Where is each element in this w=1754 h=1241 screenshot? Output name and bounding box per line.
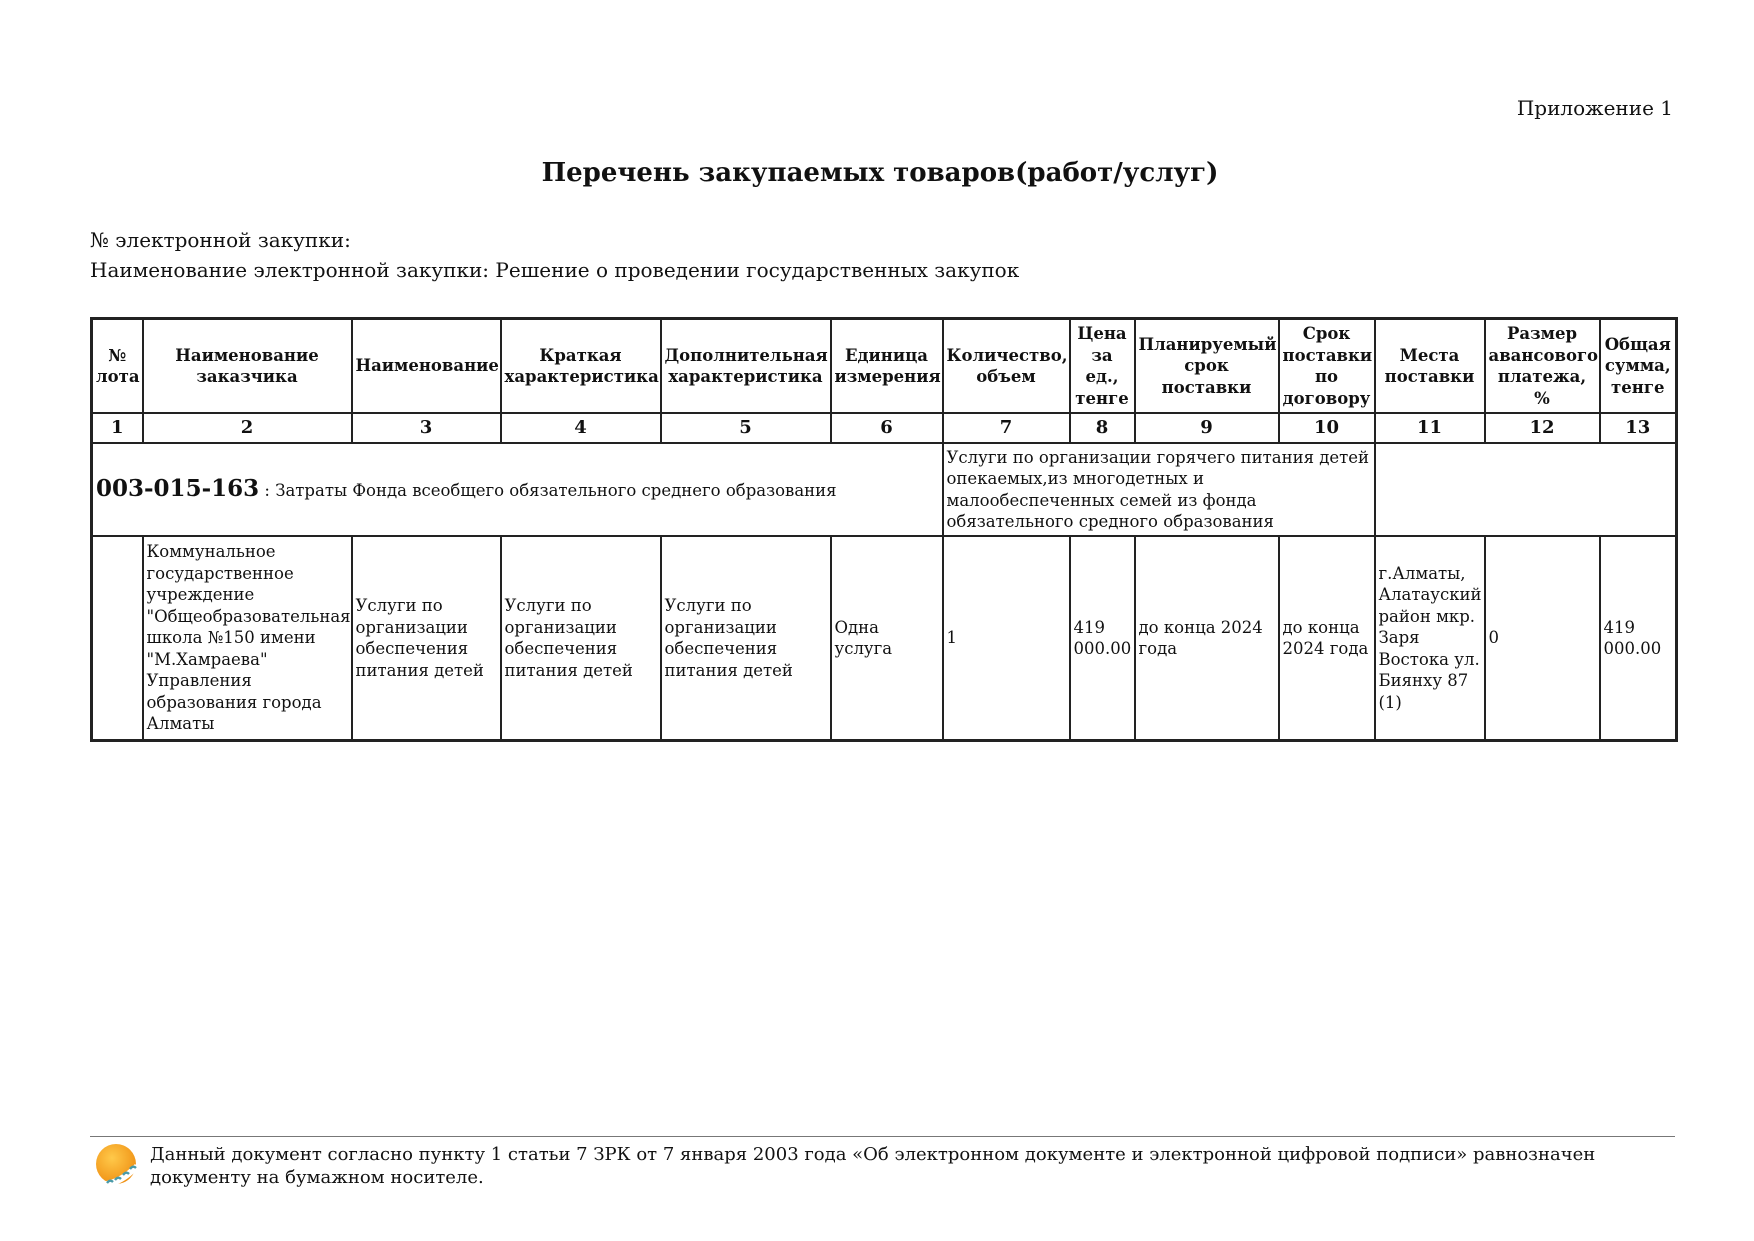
header-planned-delivery: Планируемый срок поставки — [1135, 319, 1279, 414]
cell-advance-payment: 0 — [1485, 536, 1600, 741]
procurement-name-value: Решение о проведении государственных зак… — [495, 258, 1019, 282]
cell-unit: Одна услуга — [831, 536, 943, 741]
cell-name: Услуги по организации обеспечения питани… — [352, 536, 501, 741]
column-number: 5 — [661, 413, 831, 443]
column-number: 11 — [1375, 413, 1485, 443]
budget-separator: : — [259, 481, 275, 500]
cell-additional-description: Услуги по организации обеспечения питани… — [661, 536, 831, 741]
cell-unit-price: 419 000.00 — [1070, 536, 1135, 741]
cell-delivery-place: г.Алматы, Алатауский район мкр. Заря Вос… — [1375, 536, 1485, 741]
footer-divider — [90, 1136, 1675, 1137]
budget-name: Затраты Фонда всеобщего обязательного ср… — [275, 481, 836, 500]
budget-code: 003-015-163 — [96, 475, 259, 502]
header-advance-payment: Размер авансового платежа, % — [1485, 319, 1600, 414]
procurement-number-label: № электронной закупки: — [90, 228, 351, 252]
column-number: 2 — [143, 413, 352, 443]
header-name: Наименование — [352, 319, 501, 414]
legal-notice: Данный документ согласно пункту 1 статьи… — [150, 1143, 1680, 1189]
appendix-label: Приложение 1 — [1517, 96, 1673, 120]
procurement-table: № лота Наименование заказчика Наименован… — [90, 317, 1678, 742]
header-row: № лота Наименование заказчика Наименован… — [92, 319, 1677, 414]
header-lot-number: № лота — [92, 319, 143, 414]
header-quantity: Количество, объем — [943, 319, 1070, 414]
column-number: 7 — [943, 413, 1070, 443]
budget-description: Услуги по организации горячего питания д… — [943, 443, 1375, 536]
column-number: 1 — [92, 413, 143, 443]
column-number: 12 — [1485, 413, 1600, 443]
procurement-number: № электронной закупки: — [90, 228, 351, 252]
cell-planned-delivery: до конца 2024 года — [1135, 536, 1279, 741]
procurement-name-label: Наименование электронной закупки: — [90, 258, 489, 282]
egov-logo-icon — [93, 1142, 139, 1188]
cell-total-amount: 419 000.00 — [1600, 536, 1677, 741]
header-unit: Единица измерения — [831, 319, 943, 414]
column-number: 8 — [1070, 413, 1135, 443]
budget-group-title: 003-015-163 : Затраты Фонда всеобщего об… — [92, 443, 943, 536]
table-row: Коммунальное государственное учреждение … — [92, 536, 1677, 741]
cell-lot-number — [92, 536, 143, 741]
column-number: 10 — [1279, 413, 1375, 443]
cell-quantity: 1 — [943, 536, 1070, 741]
header-total-amount: Общая сумма, тенге — [1600, 319, 1677, 414]
cell-contract-delivery: до конца 2024 года — [1279, 536, 1375, 741]
budget-extra — [1375, 443, 1677, 536]
cell-customer: Коммунальное государственное учреждение … — [143, 536, 352, 741]
header-additional-description: Дополнительная характеристика — [661, 319, 831, 414]
budget-group-row: 003-015-163 : Затраты Фонда всеобщего об… — [92, 443, 1677, 536]
column-number: 9 — [1135, 413, 1279, 443]
header-short-description: Краткая характеристика — [501, 319, 661, 414]
page-title: Перечень закупаемых товаров(работ/услуг) — [0, 158, 1754, 188]
column-number: 4 — [501, 413, 661, 443]
column-number-row: 1 2 3 4 5 6 7 8 9 10 11 12 13 — [92, 413, 1677, 443]
column-number: 13 — [1600, 413, 1677, 443]
column-number: 3 — [352, 413, 501, 443]
header-contract-delivery: Срок поставки по договору — [1279, 319, 1375, 414]
header-delivery-place: Места поставки — [1375, 319, 1485, 414]
header-customer: Наименование заказчика — [143, 319, 352, 414]
header-unit-price: Цена за ед., тенге — [1070, 319, 1135, 414]
column-number: 6 — [831, 413, 943, 443]
procurement-name: Наименование электронной закупки: Решени… — [90, 258, 1019, 282]
cell-short-description: Услуги по организации обеспечения питани… — [501, 536, 661, 741]
